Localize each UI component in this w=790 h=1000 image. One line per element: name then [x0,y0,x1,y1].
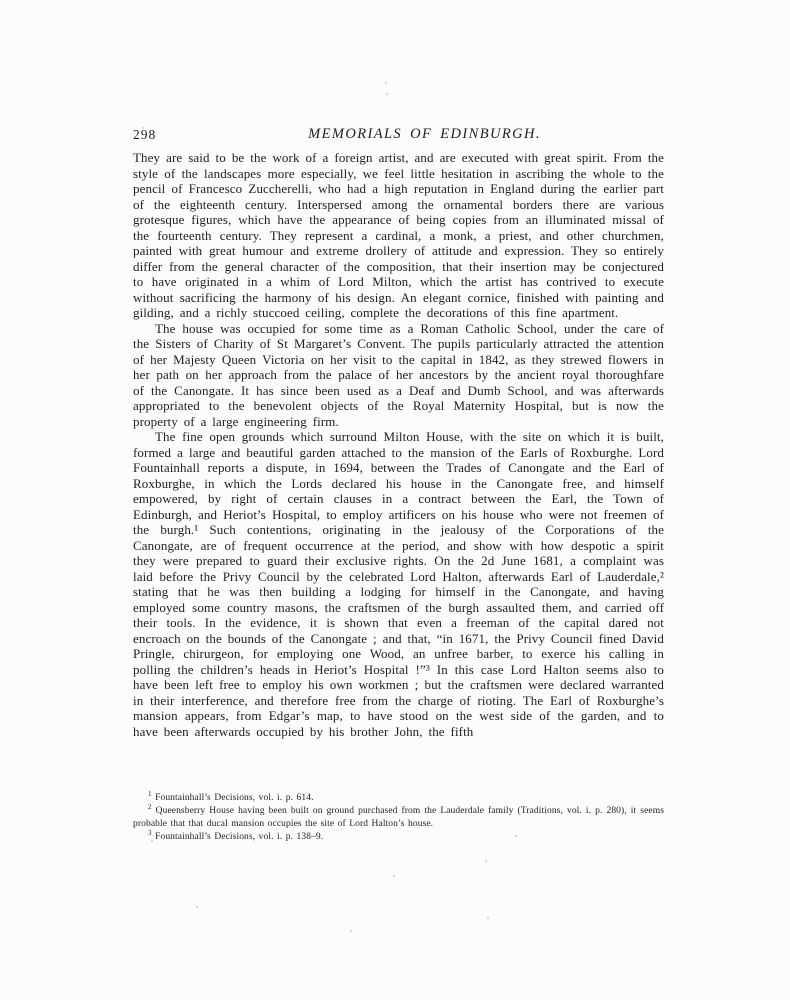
scan-speck [386,93,388,95]
scan-speck [151,840,153,842]
scan-speck [485,860,487,862]
scan-speck [196,906,198,908]
scan-speck [393,875,395,877]
footnote-2-marker: 2 [148,803,152,811]
scan-speck [487,917,489,919]
paragraph-milton-house-grounds: The fine open grounds which surround Mil… [133,429,664,739]
footnote-1-marker: 1 [148,790,152,798]
running-head: 298 MEMORIALS OF EDINBURGH. [133,126,664,146]
scan-speck [142,127,144,129]
footnote-3: 3 Fountainhall’s Decisions, vol. i. p. 1… [133,831,664,844]
paragraph-artist: They are said to be the work of a foreig… [133,150,664,321]
footnotes-block: 1 Fountainhall’s Decisions, vol. i. p. 6… [133,792,664,844]
scan-speck [515,835,517,837]
footnote-1-text: Fountainhall’s Decisions, vol. i. p. 614… [155,793,313,803]
book-page: 298 MEMORIALS OF EDINBURGH. They are sai… [0,0,790,1000]
footnote-2: 2 Queensberry House having been built on… [133,805,664,831]
footnote-3-text: Fountainhall’s Decisions, vol. i. p. 138… [155,832,323,842]
paragraph-roman-catholic-school: The house was occupied for some time as … [133,321,664,430]
running-title: MEMORIALS OF EDINBURGH. [159,126,690,143]
body-text: They are said to be the work of a foreig… [133,150,664,739]
footnote-2-text: Queensberry House having been built on g… [133,806,664,829]
scan-speck [350,930,352,932]
scan-speck [385,82,387,84]
page-number: 298 [133,127,156,143]
footnote-1: 1 Fountainhall’s Decisions, vol. i. p. 6… [133,792,664,805]
footnote-3-marker: 3 [148,829,152,837]
